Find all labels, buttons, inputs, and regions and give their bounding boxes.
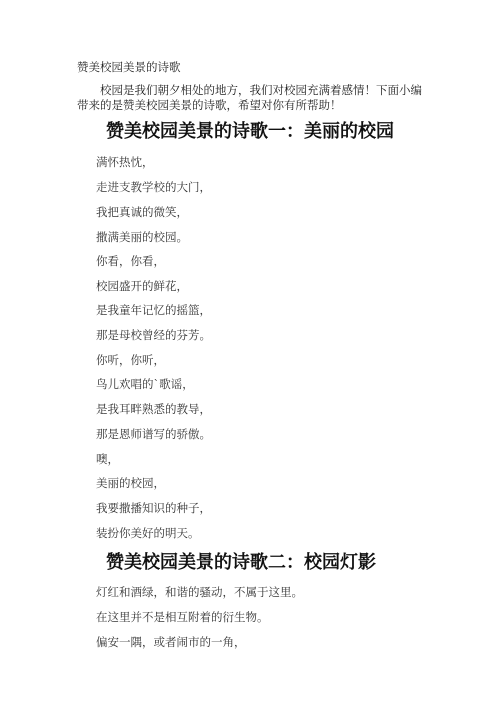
poem-line: 校园盛开的鲜花， xyxy=(96,279,188,293)
poem-line: 那是母校曾经的芬芳。 xyxy=(96,328,211,342)
poem-line: 是我童年记忆的摇篮， xyxy=(96,303,211,317)
document-page: 赞美校园美景的诗歌 校园是我们朝夕相处的地方，我们对校园充满着感情！下面小编带来… xyxy=(0,0,500,708)
intro-paragraph: 校园是我们朝夕相处的地方，我们对校园充满着感情！下面小编带来的是赞美校园美景的诗… xyxy=(77,83,427,113)
poem-line: 鸟儿欢唱的`歌谣， xyxy=(96,377,194,391)
poem-line: 偏安一隅，或者闹市的一角， xyxy=(96,635,246,649)
poem-line: 你听，你听， xyxy=(96,353,165,367)
poem-line: 你看，你看， xyxy=(96,254,165,268)
poem-line: 在这里并不是相互附着的衍生物。 xyxy=(96,610,269,624)
poem-line: 我把真诚的微笑， xyxy=(96,205,188,219)
poem-line: 美丽的校园， xyxy=(96,476,165,490)
poem-line: 装扮你美好的明天。 xyxy=(96,526,200,540)
poem-line: 走进支教学校的大门， xyxy=(96,180,211,194)
poem-line: 那是恩师谱写的骄傲。 xyxy=(96,427,211,441)
section-heading-1: 赞美校园美景的诗歌一：美丽的校园 xyxy=(106,121,394,143)
poem-line: 噢， xyxy=(96,452,119,466)
poem-line: 灯红和酒绿，和谐的骚动，不属于这里。 xyxy=(96,585,303,599)
document-title: 赞美校园美景的诗歌 xyxy=(77,60,181,74)
poem-line: 满怀热忱， xyxy=(96,155,154,169)
poem-line: 我要撒播知识的种子， xyxy=(96,501,211,515)
poem-line: 是我耳畔熟悉的教导， xyxy=(96,402,211,416)
poem-line: 撒满美丽的校园。 xyxy=(96,230,188,244)
section-heading-2: 赞美校园美景的诗歌二：校园灯影 xyxy=(106,552,376,574)
